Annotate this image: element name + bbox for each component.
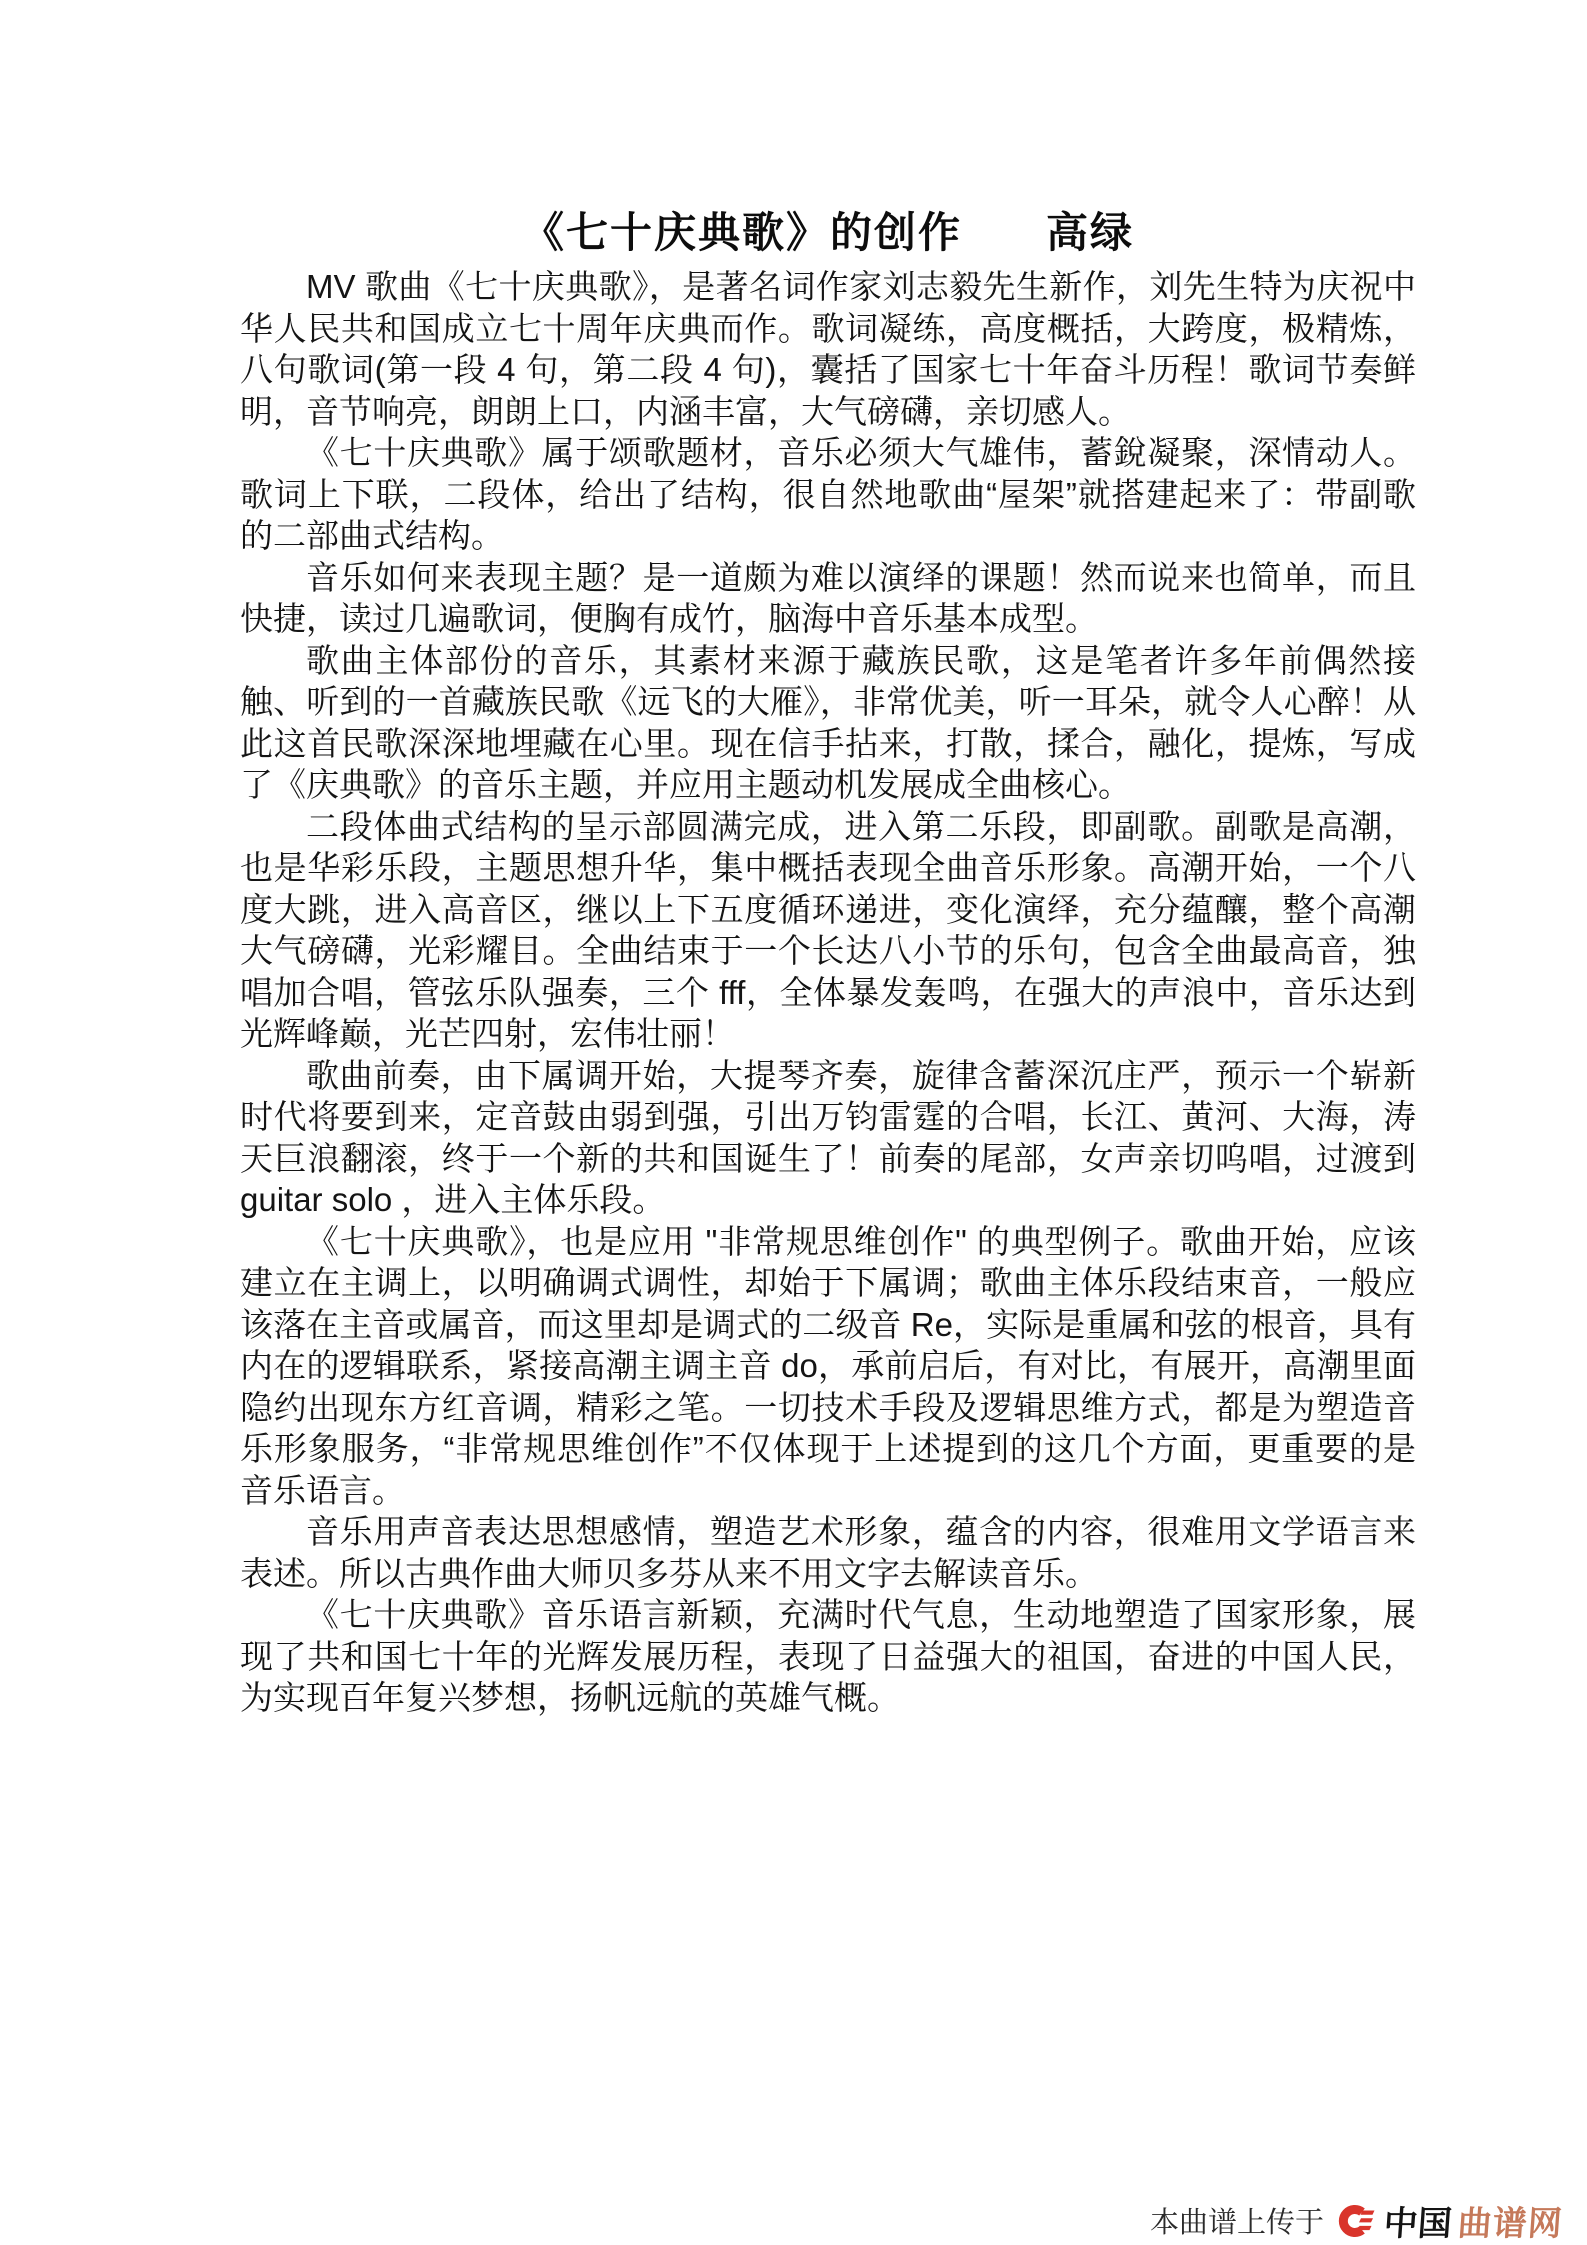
paragraph: 音乐用声音表达思想感情，塑造艺术形象，蕴含的内容，很难用文学语言来表述。所以古典… [240, 1511, 1416, 1594]
document-page: 《七十庆典歌》的创作高绿 MV 歌曲《七十庆典歌》，是著名词作家刘志毅先生新作，… [0, 0, 1587, 2245]
music-score-c-icon [1336, 2204, 1378, 2238]
page-title: 《七十庆典歌》的创作高绿 [240, 200, 1416, 260]
upload-watermark: 本曲谱上传于 中国 曲谱网 [1150, 2196, 1563, 2245]
paragraph: 歌曲前奏，由下属调开始，大提琴齐奏，旋律含蓄深沉庄严，预示一个崭新时代将要到来，… [240, 1055, 1416, 1221]
article-author: 高绿 [1046, 209, 1134, 256]
paragraph: 歌曲主体部份的音乐，其素材来源于藏族民歌，这是笔者许多年前偶然接触、听到的一首藏… [240, 640, 1416, 806]
brand-name-black: 中国 [1382, 2196, 1453, 2245]
paragraph: 音乐如何来表现主题？是一道颇为难以演绎的课题！然而说来也简单，而且快捷，读过几遍… [240, 557, 1416, 640]
watermark-text: 本曲谱上传于 [1150, 2200, 1324, 2241]
paragraph: 《七十庆典歌》音乐语言新颖，充满时代气息，生动地塑造了国家形象，展现了共和国七十… [240, 1594, 1416, 1719]
article-title: 《七十庆典歌》的创作 [522, 209, 962, 256]
paragraph: 《七十庆典歌》，也是应用 "非常规思维创作" 的典型例子。歌曲开始，应该建立在主… [240, 1221, 1416, 1512]
paragraph: 《七十庆典歌》属于颂歌题材，音乐必须大气雄伟，蓄銳凝聚，深情动人。歌词上下联，二… [240, 432, 1416, 557]
paragraph: 二段体曲式结构的呈示部圆满完成，进入第二乐段，即副歌。副歌是高潮，也是华彩乐段，… [240, 806, 1416, 1055]
paragraph: MV 歌曲《七十庆典歌》，是著名词作家刘志毅先生新作，刘先生特为庆祝中华人民共和… [240, 266, 1416, 432]
site-logo: 中国 曲谱网 [1336, 2196, 1563, 2245]
brand-name-orange: 曲谱网 [1456, 2196, 1564, 2245]
article-body: MV 歌曲《七十庆典歌》，是著名词作家刘志毅先生新作，刘先生特为庆祝中华人民共和… [240, 266, 1416, 1719]
